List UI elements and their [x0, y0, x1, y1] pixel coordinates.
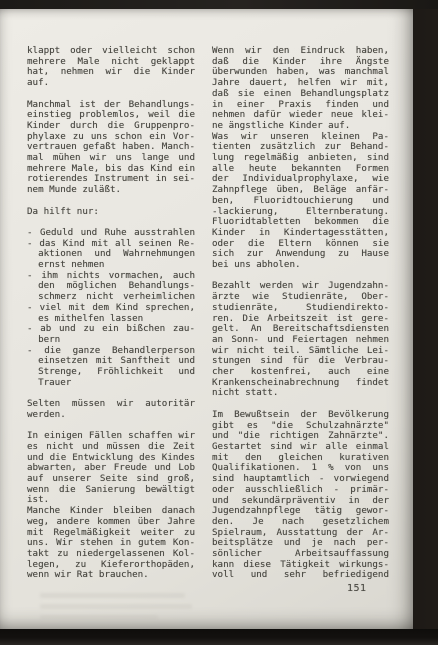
- text-column-left: klappt oder vielleicht schonmehrere Male…: [27, 46, 195, 581]
- text-column-right: Wenn wir den Eindruck haben,daß die Kind…: [212, 46, 389, 581]
- text-line: wenn wir Rat brauchen.: [27, 570, 195, 581]
- text-line: Im Bewußtsein der Bevölkerung: [212, 410, 389, 421]
- text-line: daß sie einen Behandlungsplatz: [212, 89, 389, 100]
- show-through-text: [40, 593, 185, 598]
- text-line: oder ausschließlich - primär-: [212, 485, 389, 496]
- text-line: Kinder durch die Gruppenpro-: [27, 121, 195, 132]
- text-line: bei uns abholen.: [212, 260, 389, 271]
- text-line: wenn die Sanierung bewältigt: [27, 485, 195, 496]
- text-line: ben, Fluoridtouchierung und: [212, 196, 389, 207]
- text-line: - Geduld und Ruhe ausstrahlen: [27, 228, 195, 239]
- text-line: werden.: [27, 410, 195, 421]
- blank-line: [27, 89, 195, 100]
- book-page: klappt oder vielleicht schonmehrere Male…: [0, 9, 413, 629]
- page-number: 151: [347, 583, 367, 594]
- text-line: nem Munde zuläßt.: [27, 185, 195, 196]
- text-line: voll und sehr befriedigend: [212, 570, 389, 581]
- show-through-text: [40, 604, 192, 609]
- text-line: - viel mit dem Kind sprechen,: [27, 303, 195, 314]
- text-line: weg, andere kommen über Jahre: [27, 517, 195, 528]
- text-line: nicht statt.: [212, 388, 389, 399]
- show-through-text: [40, 615, 158, 620]
- blank-line: [27, 196, 195, 207]
- text-line: hat, nehmen wir die Kinder: [27, 67, 195, 78]
- text-line: den. Je nach gesetzlichem: [212, 517, 389, 528]
- text-line: studienräte, Studiendirekto-: [212, 303, 389, 314]
- text-line: Da hilft nur:: [27, 207, 195, 218]
- text-line: auf.: [27, 78, 195, 89]
- scanned-book-photo: klappt oder vielleicht schonmehrere Male…: [0, 0, 438, 645]
- text-line: Trauer: [27, 378, 195, 389]
